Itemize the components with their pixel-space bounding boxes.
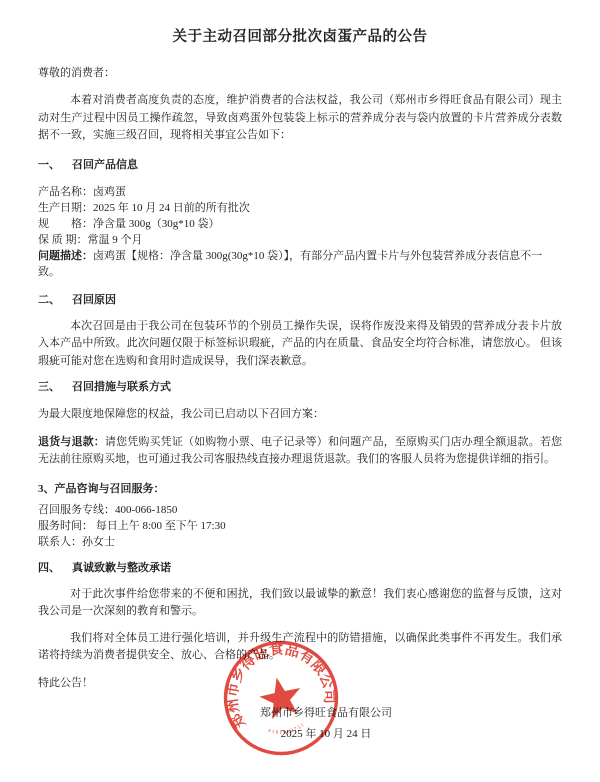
intro-paragraph: 本着对消费者高度负责的态度，维护消费者的合法权益，我公司（郑州市乡得旺食品有限公… [38,92,562,145]
field-production-date: 生产日期：2025 年 10 月 24 日前的所有批次 [38,200,562,216]
field-label: 生产日期： [38,202,93,214]
contact-person-row: 联系人：孙女士 [38,534,562,550]
contact-value: 孙女士 [82,536,115,548]
section4-heading: 四、真诚致歉与整改承诺 [38,560,562,577]
field-label: 保 质 期： [38,234,88,246]
hotline-row: 召回服务专线：400-066-1850 [38,502,562,518]
field-shelf-life: 保 质 期：常温 9 个月 [38,232,562,248]
field-issue-description: 问题描述：卤鸡蛋【规格：净含量 300g(30g*10 袋）】，有部分产品内置卡… [38,248,562,280]
refund-paragraph: 退货与退款：请您凭购买凭证（如购物小票、电子记录等）和问题产品，至原购买门店办理… [38,434,562,469]
field-value: 卤鸡蛋 [93,186,126,198]
issue-label: 问题描述： [38,250,93,262]
service-heading: 3、产品咨询与召回服务： [38,481,562,498]
closing-line: 特此公告！ [38,675,562,692]
hotline-label: 召回服务专线： [38,504,115,516]
product-info-list: 产品名称：卤鸡蛋 生产日期：2025 年 10 月 24 日前的所有批次 规 格… [38,184,562,280]
section3-title: 召回措施与联系方式 [72,381,171,393]
apology-paragraph-2: 我们将对全体员工进行强化培训，并升级生产流程中的防错措施，以确保此类事件不再发生… [38,630,562,665]
recall-plan-lead: 为最大限度地保障您的权益，我公司已启动以下召回方案： [38,406,562,424]
field-value: 净含量 300g（30g*10 袋） [93,218,220,230]
section4-title: 真诚致歉与整改承诺 [72,562,171,574]
hours-value: 每日上午 8:00 至下午 17:30 [93,520,226,532]
contact-label: 联系人： [38,536,82,548]
field-product-name: 产品名称：卤鸡蛋 [38,184,562,200]
signature-block: 郑州市乡得旺食品有限公司 2025 年 10 月 24 日 [226,703,426,745]
section3-heading: 三、召回措施与联系方式 [38,379,562,396]
section1-number: 一、 [38,157,60,174]
contact-block: 召回服务专线：400-066-1850 服务时间： 每日上午 8:00 至下午 … [38,502,562,550]
field-value: 常温 9 个月 [88,234,143,246]
hours-label: 服务时间： [38,520,93,532]
field-specification: 规 格：净含量 300g（30g*10 袋） [38,216,562,232]
apology-paragraph-1: 对于此次事件给您带来的不便和困扰，我们致以最诚挚的歉意！我们衷心感谢您的监督与反… [38,586,562,621]
field-value: 2025 年 10 月 24 日前的所有批次 [93,202,250,214]
hotline-number: 400-066-1850 [115,504,177,516]
recall-reason-paragraph: 本次召回是由于我公司在包装环节的个别员工操作失误，误将作废没来得及销毁的营养成分… [38,318,562,371]
field-label: 规 格： [38,218,93,230]
refund-label: 退货与退款： [38,436,105,448]
issue-text: 卤鸡蛋【规格：净含量 300g(30g*10 袋）】，有部分产品内置卡片与外包装… [38,250,542,278]
section1-title: 召回产品信息 [72,159,138,171]
section2-number: 二、 [38,292,60,309]
section1-heading: 一、召回产品信息 [38,157,562,174]
salutation: 尊敬的消费者： [38,65,562,82]
section3-number: 三、 [38,379,60,396]
signature-company: 郑州市乡得旺食品有限公司 [226,703,426,724]
section2-title: 召回原因 [72,294,116,306]
announcement-document: 关于主动召回部分批次卤蛋产品的公告 尊敬的消费者： 本着对消费者高度负责的态度，… [0,0,600,782]
service-hours-row: 服务时间： 每日上午 8:00 至下午 17:30 [38,518,562,534]
field-label: 产品名称： [38,186,93,198]
section2-heading: 二、召回原因 [38,292,562,309]
section4-number: 四、 [38,560,60,577]
signature-date: 2025 年 10 月 24 日 [226,724,426,745]
refund-text: 请您凭购买凭证（如购物小票、电子记录等）和问题产品，至原购买门店办理全额退款。若… [38,436,562,466]
page-title: 关于主动召回部分批次卤蛋产品的公告 [38,27,562,47]
